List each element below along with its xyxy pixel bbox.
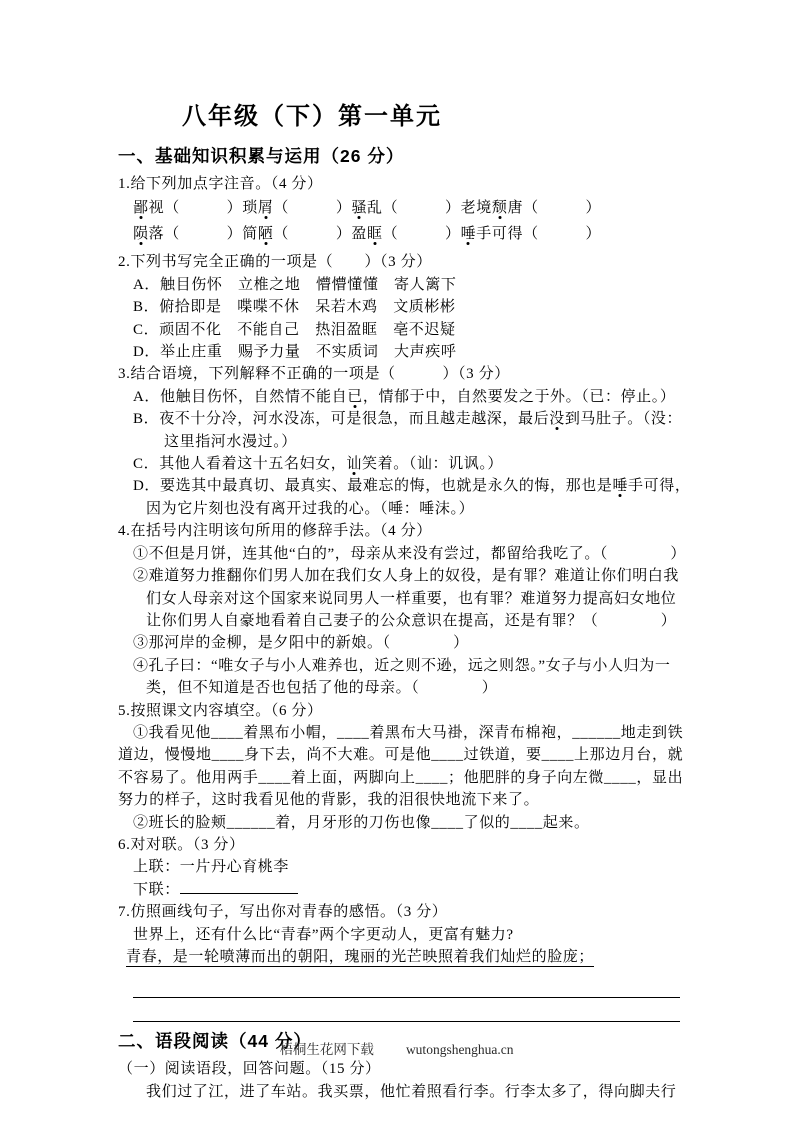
q7-underlined-sentence: 青春，是一轮喷薄而出的朝阳，瑰丽的光芒映照着我们灿烂的脸庞； <box>126 949 594 967</box>
q1-pinyin-row-1: 鄙视（ ）琐屑（ ）骚乱（ ）老境颓唐（ ） <box>133 195 703 221</box>
section2-passage-line1: 我们过了江，进了车站。我买票，他忙着照看行李。行李太多了，得向脚夫行 <box>146 1081 703 1103</box>
q6-lower-couplet: 下联： <box>133 879 703 901</box>
q6-lower-blank <box>180 879 298 894</box>
q7-prompt: 7.仿照画线句子，写出你对青春的感悟。（3 分） <box>118 901 703 923</box>
q4-item-4-line2: 类，但不知道是否也包括了他的母亲。（ ） <box>146 677 703 699</box>
q7-line2: 青春，是一轮喷薄而出的朝阳，瑰丽的光芒映照着我们灿烂的脸庞； <box>126 946 703 968</box>
section1-heading: 一、基础知识积累与运用（26 分） <box>118 143 703 168</box>
q2-option-d: D．举止庄重 赐予力量 不实质词 大声疾呼 <box>133 341 703 363</box>
q7-line1: 世界上，还有什么比“青春”两个字更动人，更富有魅力? <box>133 924 703 946</box>
q1-prompt: 1.给下列加点字注音。（4 分） <box>118 173 703 195</box>
q5-item-1-line4: 努力的样子，这时我看见他的背影，我的泪很快地流下来了。 <box>118 789 703 811</box>
q5-item-1-line1: ①我看见他____着黑布小帽，____着黑布大马褂，深青布棉袍，______地走… <box>133 722 703 744</box>
q5-item-1-line3: 不容易了。他用两手____着上面，两脚向上____；他肥胖的身子向左微____，… <box>118 767 703 789</box>
q4-item-2-line3: 让你们男人自豪地看着自己妻子的公众意识在提高，还是有罪？（ ） <box>146 610 703 632</box>
q3-option-d-line1: D．要选其中最真切、最真实、最难忘的悔，也就是永久的悔，那也是唾手可得， <box>133 475 703 497</box>
q3-prompt: 3.结合语境，下列解释不正确的一项是（ ）（3 分） <box>118 363 703 385</box>
q6-lower-label: 下联： <box>133 882 180 898</box>
section2-sub-prompt: （一）阅读语段，回答问题。（15 分） <box>118 1058 703 1080</box>
q4-item-1: ①不但是月饼，连其他“白的”，母亲从来没有尝过，都留给我吃了。（ ） <box>133 543 703 565</box>
q4-item-3: ③那河岸的金柳，是夕阳中的新娘。（ ） <box>133 632 703 654</box>
q4-item-4-line1: ④孔子曰：“唯女子与小人难养也，近之则不逊，远之则怨。”女子与小人归为一 <box>133 655 703 677</box>
q2-prompt: 2.下列书写完全正确的一项是（ ）（3 分） <box>118 251 703 273</box>
page-footer: 梧桐生花网下载 wutongshenghua.cn <box>0 1038 793 1058</box>
document-page: 八年级（下）第一单元 一、基础知识积累与运用（26 分） 1.给下列加点字注音。… <box>118 96 703 1103</box>
q6-upper-couplet: 上联：一片丹心育桃李 <box>133 856 703 878</box>
q1-pinyin-row-2: 陨落（ ）简陋（ ）盈眶（ ）唾手可得（ ） <box>133 221 703 247</box>
page-title: 八年级（下）第一单元 <box>182 96 703 131</box>
q2-option-a: A．触目伤怀 立椎之地 懵懵懂懂 寄人篱下 <box>133 274 703 296</box>
q5-prompt: 5.按照课文内容填空。（6 分） <box>118 700 703 722</box>
q3-option-b-line2: 这里指河水漫过。） <box>164 431 703 453</box>
q4-prompt: 4.在括号内注明该句所用的修辞手法。（4 分） <box>118 520 703 542</box>
q2-option-c: C．顽固不化 不能自己 热泪盈眶 亳不迟疑 <box>133 319 703 341</box>
q3-option-c: C．其他人看着这十五名妇女，讪笑着。（讪：讥讽。） <box>133 453 703 475</box>
q3-option-d-line2: 因为它片刻也没有离开过我的心。（唾：唾沫。） <box>146 498 703 520</box>
q4-item-2-line2: 们女人母亲对这个国家来说同男人一样重要，也有罪？难道努力提高妇女地位 <box>146 588 703 610</box>
q3-option-a: A．他触目伤怀，自然情不能自已，情郁于中，自然要发之于外。（已：停止。） <box>133 386 703 408</box>
q5-item-1-line2: 道边，慢慢地____身下去，尚不大难。可是他____过铁道，要____上那边月台… <box>118 744 703 766</box>
q4-item-2-line1: ②难道努力推翻你们男人加在我们女人身上的奴役，是有罪？难道让你们明白我 <box>133 565 703 587</box>
q7-answer-blank-1 <box>133 974 680 998</box>
q7-answer-blank-2 <box>133 998 680 1022</box>
footer-site-url: wutongshenghua.cn <box>406 1042 514 1058</box>
q2-option-b: B．俯拾即是 喋喋不休 呆若木鸡 文质彬彬 <box>133 296 703 318</box>
footer-site-name: 梧桐生花网下载 <box>279 1038 374 1058</box>
q3-option-b-line1: B．夜不十分冷，河水没冻，可是很急，而且越走越深，最后没到马肚子。（没： <box>133 408 703 430</box>
q6-prompt: 6.对对联。（3 分） <box>118 834 703 856</box>
q5-item-2: ②班长的脸颊______着，月牙形的刀伤也像____了似的____起来。 <box>133 812 703 834</box>
